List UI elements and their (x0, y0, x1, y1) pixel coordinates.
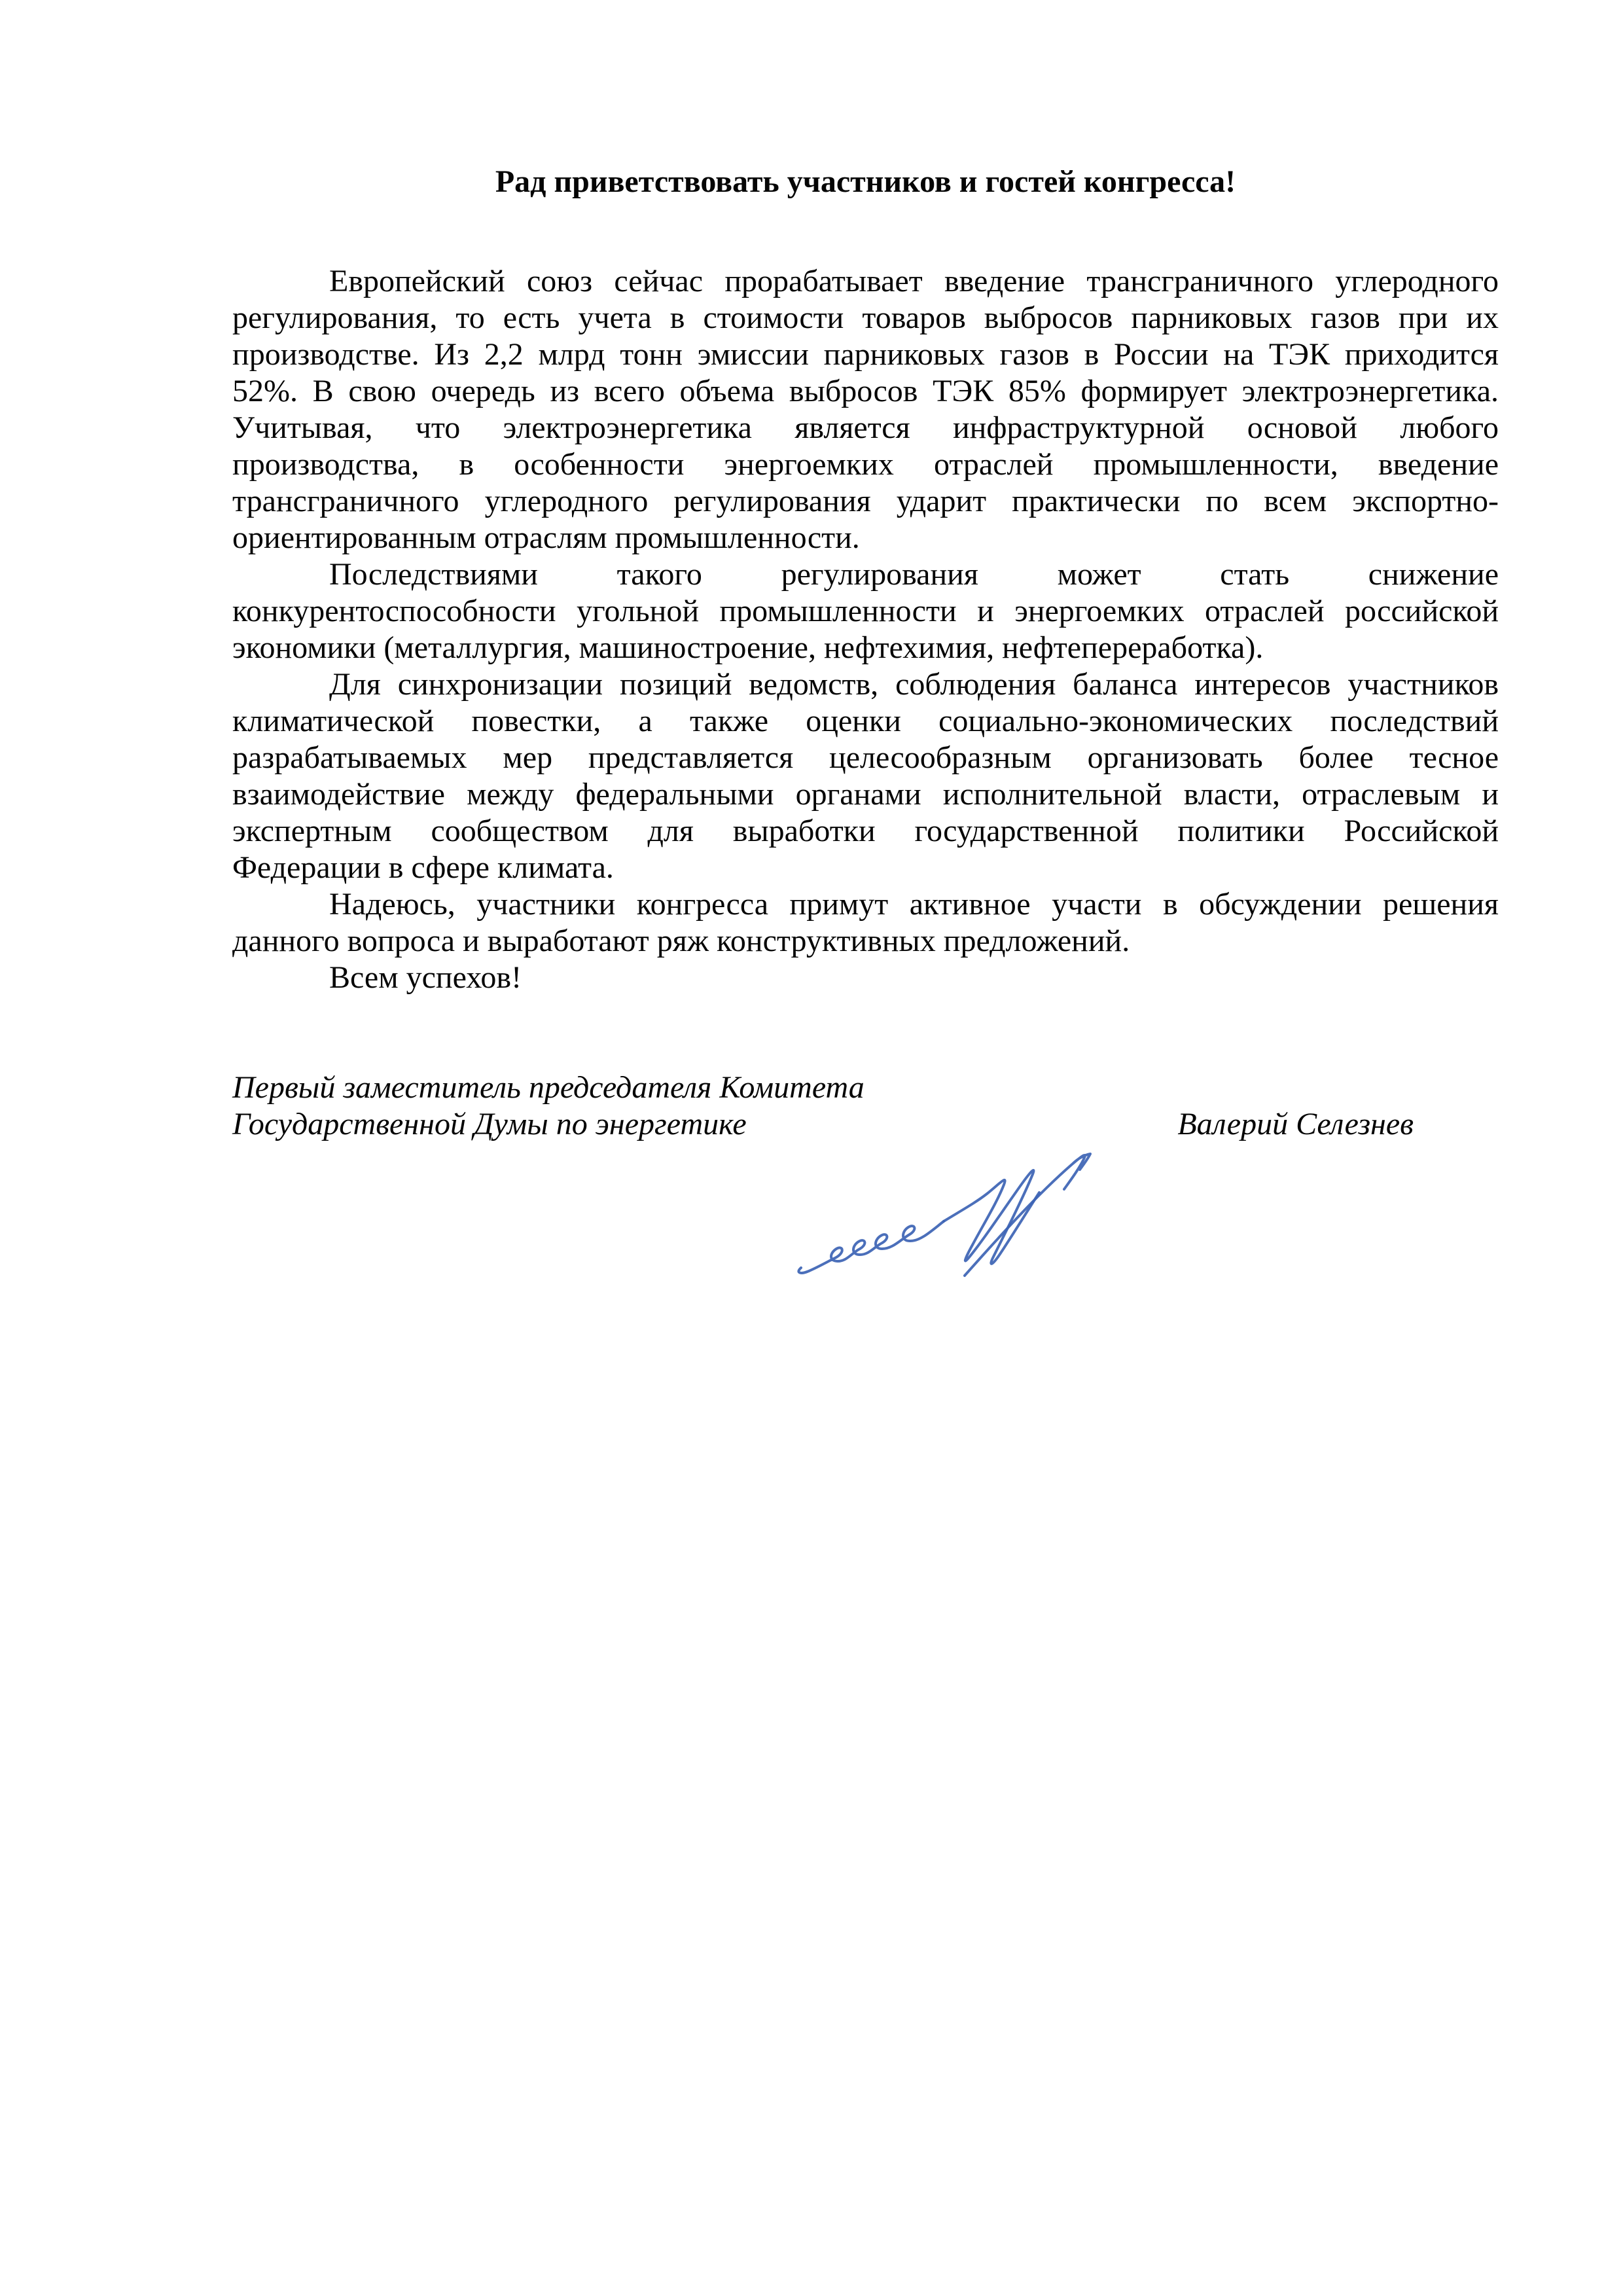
paragraph-line: климатической повестки, а также оценки с… (232, 703, 1499, 740)
signature-stroke-loops (798, 1221, 944, 1273)
paragraph-line: 52%. В свою очередь из всего объема выбр… (232, 373, 1499, 410)
paragraph-line: Для синхронизации позиций ведомств, собл… (232, 666, 1499, 703)
paragraph-line: трансграничного углеродного регулировани… (232, 483, 1499, 520)
paragraph-line: производства, в особенности энергоемких … (232, 446, 1499, 483)
signatory-position-line2: Государственной Думы по энергетике (232, 1106, 747, 1143)
paragraph-line: Всем успехов! (232, 960, 1499, 996)
paragraph-line: конкурентоспособности угольной промышлен… (232, 593, 1499, 630)
paragraph-line: взаимодействие между федеральными органа… (232, 776, 1499, 813)
paragraph-line: Европейский союз сейчас прорабатывает вв… (232, 263, 1499, 300)
paragraph-line: экспертным сообществом для выработки гос… (232, 813, 1499, 850)
signature-stroke-midloop (944, 1170, 1039, 1264)
signature-block: Первый заместитель председателя Комитета… (232, 1069, 1499, 1143)
letter-page: Рад приветствовать участников и гостей к… (0, 0, 1623, 2296)
paragraph-line: регулирования, то есть учета в стоимости… (232, 300, 1499, 336)
signature-stroke-flourish (965, 1154, 1090, 1276)
paragraph-line: Последствиями такого регулирования может… (232, 556, 1499, 593)
paragraph-line: Федерации в сфере климата. (232, 850, 1499, 886)
handwritten-signature (796, 1146, 1132, 1280)
signatory-name: Валерий Селезнев (1177, 1106, 1414, 1143)
signature-strokes (798, 1154, 1090, 1276)
letter-body: Европейский союз сейчас прорабатывает вв… (232, 263, 1499, 996)
paragraph-line: производстве. Из 2,2 млрд тонн эмиссии п… (232, 336, 1499, 373)
paragraph-line: ориентированным отраслям промышленности. (232, 520, 1499, 556)
paragraph-line: разрабатываемых мер представляется целес… (232, 740, 1499, 776)
paragraph: Надеюсь, участники конгресса примут акти… (232, 886, 1499, 960)
paragraph: Всем успехов! (232, 960, 1499, 996)
paragraph-line: Надеюсь, участники конгресса примут акти… (232, 886, 1499, 923)
signatory-position-line1: Первый заместитель председателя Комитета (232, 1069, 1499, 1106)
paragraph-line: экономики (металлургия, машиностроение, … (232, 630, 1499, 666)
letter-content: Рад приветствовать участников и гостей к… (232, 164, 1499, 1143)
paragraph-line: Учитывая, что электроэнергетика является… (232, 410, 1499, 446)
paragraph: Для синхронизации позиций ведомств, собл… (232, 666, 1499, 886)
signature-row: Государственной Думы по энергетике Валер… (232, 1106, 1499, 1143)
paragraph: Европейский союз сейчас прорабатывает вв… (232, 263, 1499, 556)
paragraph: Последствиями такого регулирования может… (232, 556, 1499, 666)
paragraph-line: данного вопроса и выработают ряж констру… (232, 923, 1499, 960)
letter-title: Рад приветствовать участников и гостей к… (232, 164, 1499, 200)
